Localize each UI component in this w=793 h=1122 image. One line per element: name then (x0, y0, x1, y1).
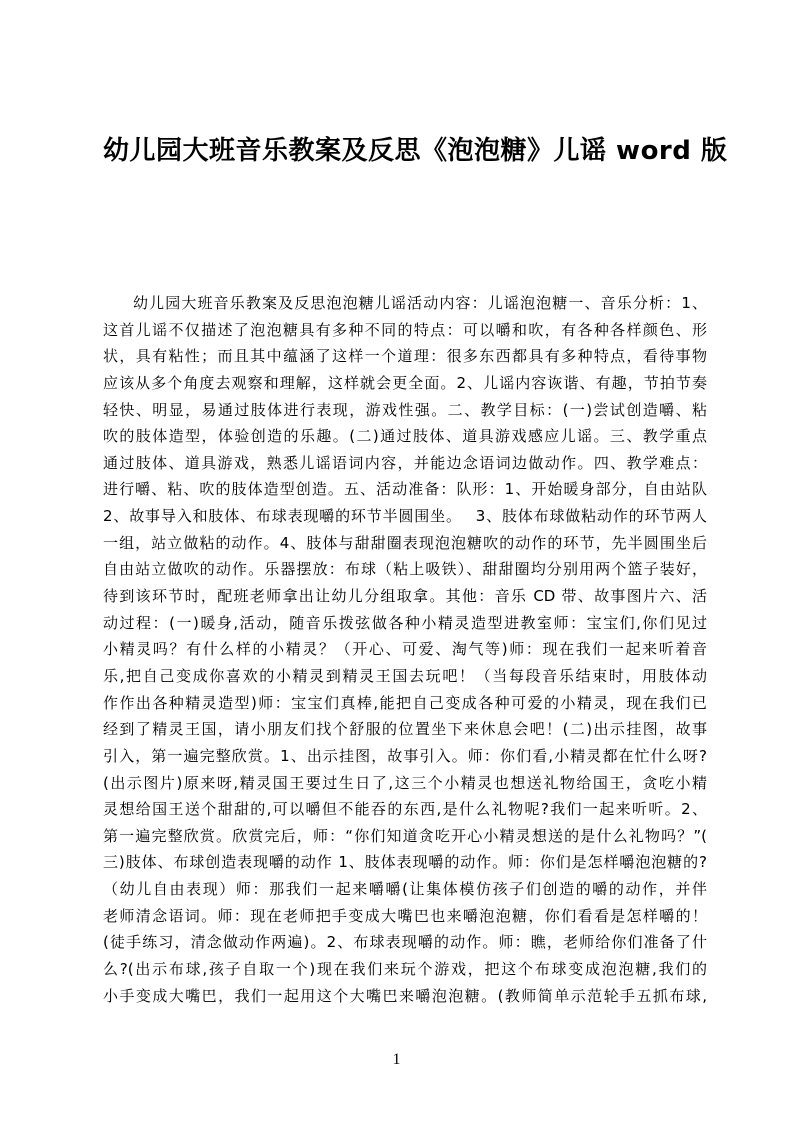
text-line: 引入，第一遍完整欣赏。1、出示挂图，故事引入。师：你们看,小精灵都在忙什么呀? (103, 743, 707, 770)
text-line: 一组，站立做粘的动作。4、肢体与甜甜圈表现泡泡糖吹的动作的环节，先半圆围坐后 (103, 530, 707, 557)
text-line: 应该从多个角度去观察和理解，这样就会更全面。2、儿谣内容诙谐、有趣，节拍节奏 (103, 370, 707, 397)
text-line: 灵想给国王送个甜甜的,可以嚼但不能吞的东西,是什么礼物呢?我们一起来听听。2、 (103, 796, 707, 823)
text-line: 经到了精灵王国，请小朋友们找个舒服的位置坐下来休息会吧！(二)出示挂图，故事 (103, 716, 707, 743)
text-line: （幼儿自由表现）师：那我们一起来嚼嚼(让集体模仿孩子们创造的嚼的动作，并伴 (103, 876, 707, 903)
text-line: 轻快、明显，易通过肢体进行表现，游戏性强。二、教学目标：(一)尝试创造嚼、粘 (103, 397, 707, 424)
text-line: 第一遍完整欣赏。欣赏完后，师：“你们知道贪吃开心小精灵想送的是什么礼物吗？”( (103, 823, 707, 850)
text-line: 么?(出示布球,孩子自取一个)现在我们来玩个游戏，把这个布球变成泡泡糖,我们的 (103, 956, 707, 983)
text-line: 这首儿谣不仅描述了泡泡糖具有多种不同的特点：可以嚼和吹，有各种各样颜色、形 (103, 317, 707, 344)
text-line: 自由站立做吹的动作。乐器摆放：布球（粘上吸铁）、甜甜圈均分别用两个篮子装好， (103, 556, 707, 583)
text-line: 老师清念语词。师：现在老师把手变成大嘴巴也来嚼泡泡糖，你们看看是怎样嚼的！ (103, 903, 707, 930)
text-line: 进行嚼、粘、吹的肢体造型创造。五、活动准备：队形：1、开始暖身部分，自由站队 (103, 476, 707, 503)
text-line: (出示图片)原来呀,精灵国王要过生日了,这三个小精灵也想送礼物给国王，贪吃小精 (103, 770, 707, 797)
text-line: 状，具有粘性；而且其中蕴涵了这样一个道理：很多东西都具有多种特点，看待事物 (103, 343, 707, 370)
body-paragraph: 幼儿园大班音乐教案及反思泡泡糖儿谣活动内容：儿谣泡泡糖一、音乐分析：1、这首儿谣… (103, 290, 707, 1009)
text-line: (徒手练习，清念做动作两遍)。2、布球表现嚼的动作。师：瞧，老师给你们准备了什 (103, 929, 707, 956)
text-line: 通过肢体、道具游戏，熟悉儿谣语词内容，并能边念语词边做动作。四、教学难点： (103, 450, 707, 477)
text-line: 待到该环节时，配班老师拿出让幼儿分组取拿。其他：音乐 CD 带、故事图片六、活 (103, 583, 707, 610)
text-line: 2、故事导入和肢体、布球表现嚼的环节半圆围坐。 3、肢体布球做粘动作的环节两人 (103, 503, 707, 530)
page-number: 1 (0, 1050, 793, 1070)
document-page: 幼儿园大班音乐教案及反思《泡泡糖》儿谣 word 版 幼儿园大班音乐教案及反思泡… (0, 0, 793, 1122)
text-line: 小手变成大嘴巴，我们一起用这个大嘴巴来嚼泡泡糖。(教师简单示范轮手五抓布球, (103, 983, 707, 1010)
text-line: 动过程：(一)暖身,活动，随音乐拨弦做各种小精灵造型进教室师：宝宝们,你们见过 (103, 610, 707, 637)
text-line: 三)肢体、布球创造表现嚼的动作 1、肢体表现嚼的动作。师：你们是怎样嚼泡泡糖的? (103, 849, 707, 876)
text-line: 作作出各种精灵造型)师：宝宝们真棒,能把自己变成各种可爱的小精灵，现在我们已 (103, 690, 707, 717)
text-line: 乐,把自己变成你喜欢的小精灵到精灵王国去玩吧！（当每段音乐结束时，用肢体动 (103, 663, 707, 690)
text-line: 幼儿园大班音乐教案及反思泡泡糖儿谣活动内容：儿谣泡泡糖一、音乐分析：1、 (103, 290, 707, 317)
text-line: 吹的肢体造型，体验创造的乐趣。(二)通过肢体、道具游戏感应儿谣。三、教学重点 (103, 423, 707, 450)
text-line: 小精灵吗？有什么样的小精灵？（开心、可爱、淘气等)师：现在我们一起来听着音 (103, 636, 707, 663)
document-title: 幼儿园大班音乐教案及反思《泡泡糖》儿谣 word 版 (103, 133, 707, 169)
